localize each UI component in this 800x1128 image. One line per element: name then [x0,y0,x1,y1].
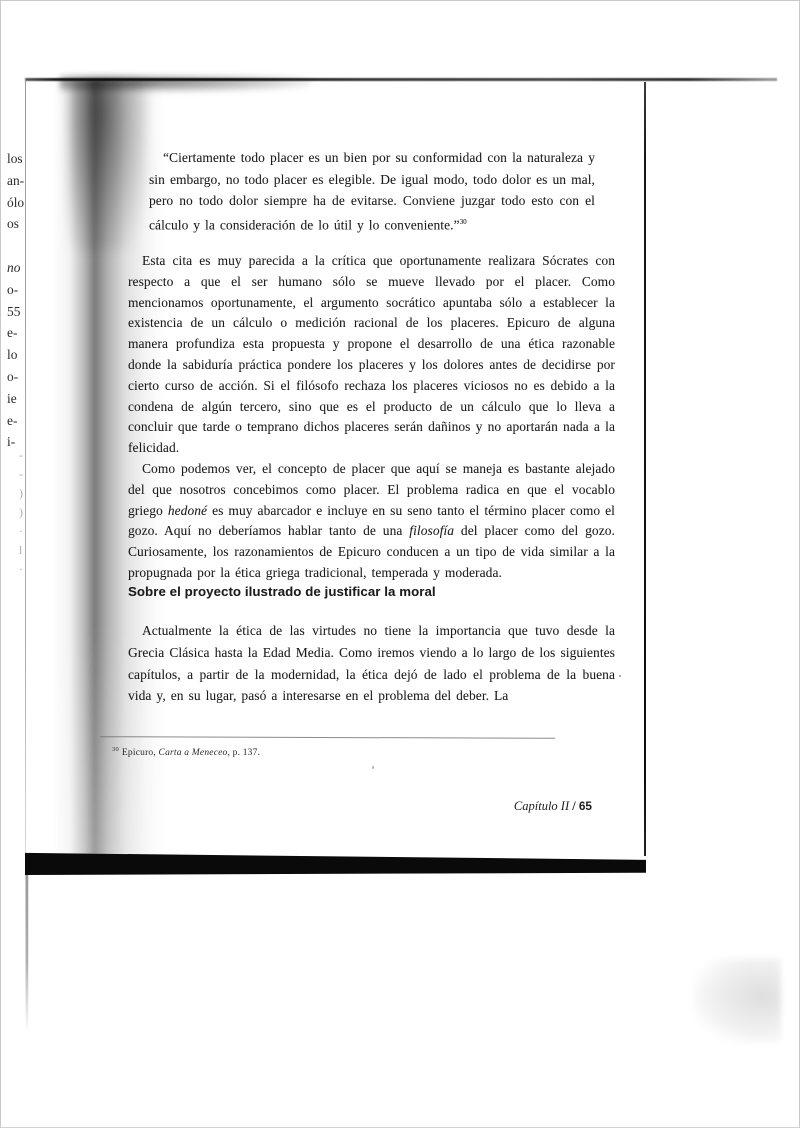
margin-fragment: os [7,213,49,235]
chapter-label: Capítulo II [514,799,569,813]
faint-margin-marks: - - ) ) · l · [19,446,39,579]
margin-fragment: los [7,148,49,170]
margin-fragment: o- [7,279,49,301]
facing-page-fragments: los an- ólo os no o- 55 e- lo o- ie e- i… [7,148,49,453]
margin-fragment: o- [7,366,49,388]
block-quote: “Ciertamente todo placer es un bien por … [149,147,595,236]
body-text-continued: Actualmente la ética de las virtudes no … [128,620,615,707]
margin-fragment: no [7,257,49,279]
faint-mark: l [19,541,39,560]
scan-speck [619,675,621,677]
footnote-text: , p. 137. [227,748,260,758]
section-heading: Sobre el proyecto ilustrado de justifica… [128,584,615,599]
scan-smudge [693,958,781,1044]
paragraph-text: Actualmente la ética de las virtudes no … [128,623,615,703]
body-text: Esta cita es muy parecida a la crítica q… [128,251,615,585]
margin-fragment: 55 [7,301,49,323]
binding-shadow-dark-core [68,80,148,250]
page-footer: Capítulo II / 65 [392,799,592,814]
footer-separator: / [569,799,579,813]
faint-mark: - [19,446,39,465]
footnote-text: Epicuro, [122,748,159,758]
scan-left-edge-line-lower [26,874,28,1032]
paragraph: Como podemos ver, el concepto de placer … [128,459,615,584]
paragraph: Esta cita es muy parecida a la crítica q… [128,251,615,459]
margin-fragment [7,235,49,257]
footnote-marker: 30 [112,746,119,753]
quote-footnote-ref: 30 [460,218,467,226]
faint-mark: ) [19,503,39,522]
faint-mark: - [19,465,39,484]
paragraph: Actualmente la ética de las virtudes no … [128,620,615,707]
page-right-edge-line [644,82,646,856]
paragraph-text: Esta cita es muy parecida a la crítica q… [128,253,615,455]
page-number: 65 [579,799,592,813]
margin-fragment: e- [7,410,49,432]
margin-fragment: lo [7,344,49,366]
faint-mark: · [19,560,39,579]
italic-term: filosofía [409,523,454,538]
quote-text: “Ciertamente todo placer es un bien por … [149,150,595,233]
margin-fragment: an- [7,170,49,192]
faint-mark: ) [19,484,39,503]
footnote: 30Epicuro, Carta a Meneceo, p. 137. [112,746,532,758]
footnote-work-title: Carta a Meneceo [159,748,228,758]
margin-fragment: ólo [7,192,49,214]
margin-fragment: ie [7,388,49,410]
faint-mark: · [19,522,39,541]
margin-fragment: e- [7,322,49,344]
quote-paragraph: “Ciertamente todo placer es un bien por … [149,147,595,236]
italic-term: hedoné [168,503,207,518]
scan-speck [372,766,374,769]
